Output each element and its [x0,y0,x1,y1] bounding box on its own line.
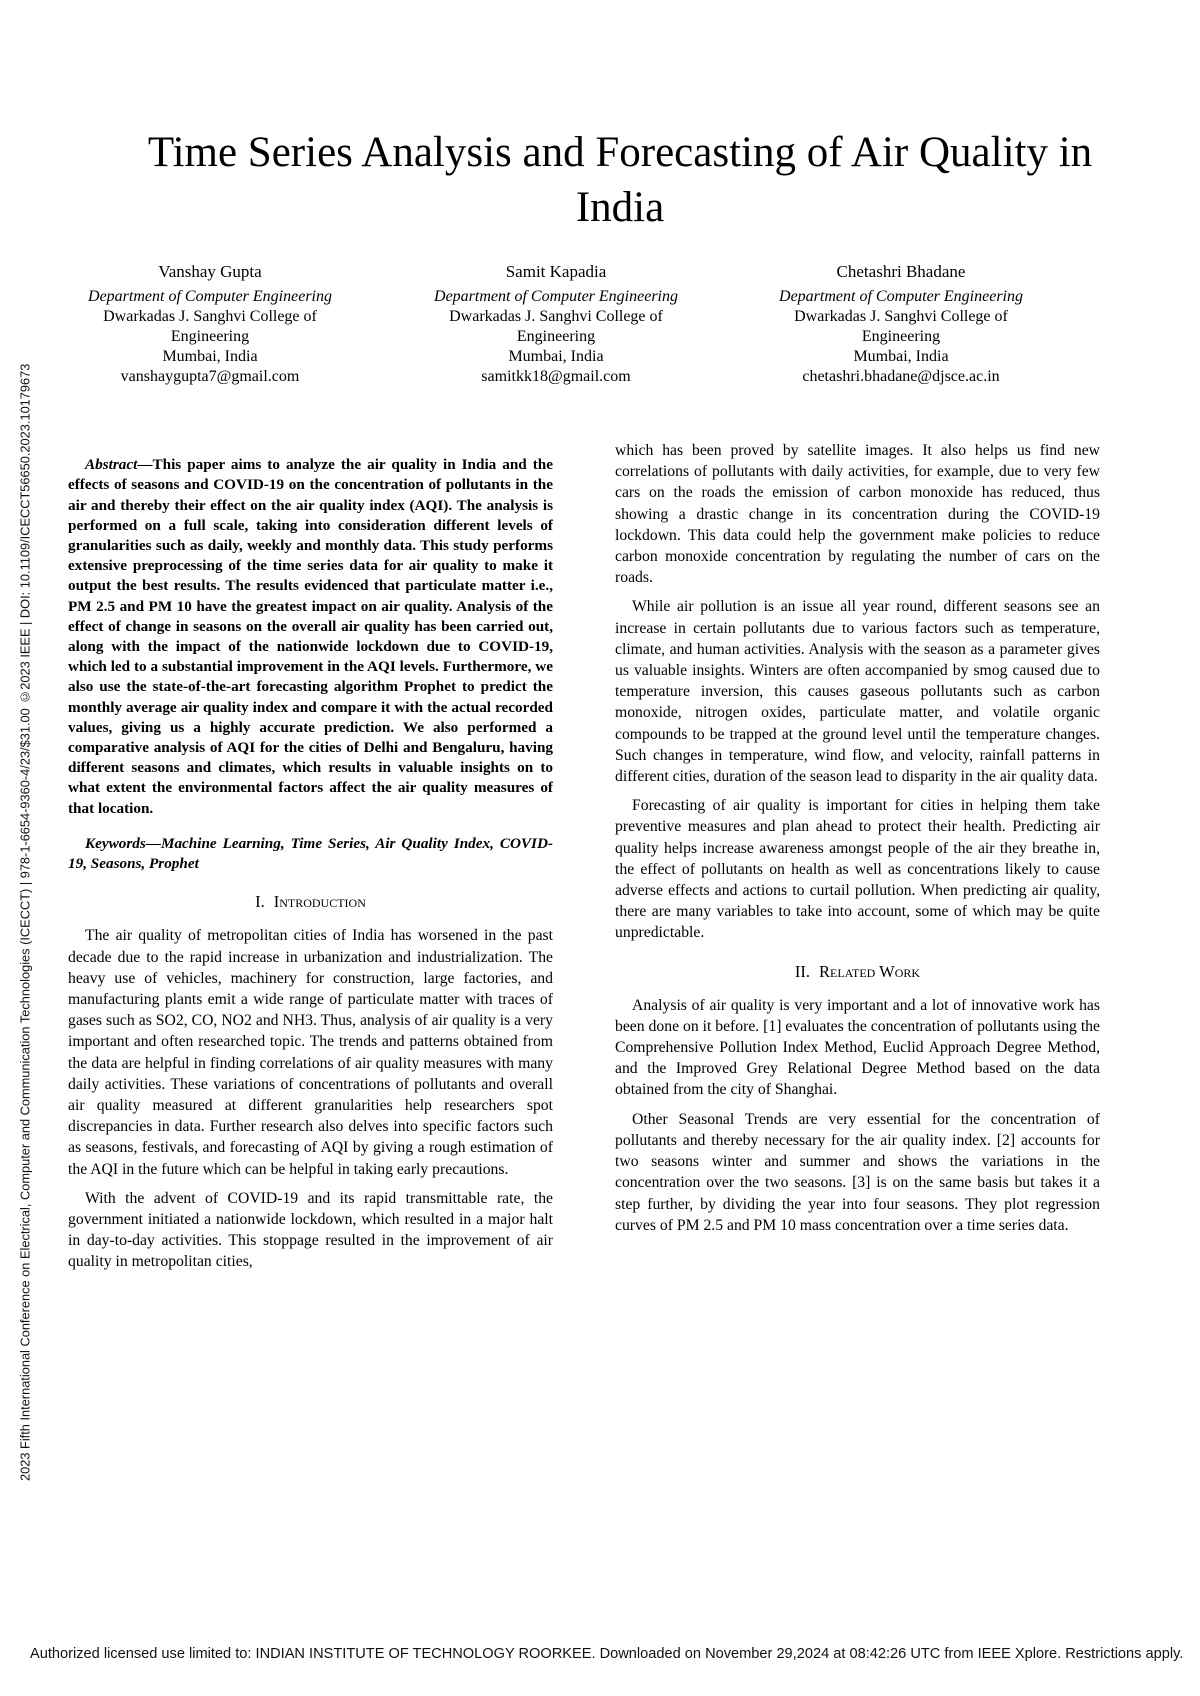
author-email: chetashri.bhadane@djsce.ac.in [769,367,1033,387]
related-work-paragraph-2: Other Seasonal Trends are very essential… [615,1109,1100,1236]
abstract-text: —This paper aims to analyze the air qual… [68,456,553,816]
forecasting-paragraph: Forecasting of air quality is important … [615,795,1100,943]
section-heading-introduction: I.Introduction [68,892,553,912]
right-column: which has been proved by satellite image… [615,440,1100,1281]
section-title: Related Work [819,962,920,981]
author-college: Dwarkadas J. Sanghvi College of Engineer… [424,307,688,347]
abstract-label: Abstract [85,456,137,473]
author-department: Department of Computer Engineering [424,287,688,307]
intro-continuation-paragraph: which has been proved by satellite image… [615,440,1100,588]
section-number: I. [255,892,265,911]
abstract-paragraph: Abstract—This paper aims to analyze the … [68,455,553,819]
author-name: Vanshay Gupta [78,262,342,282]
author-name: Samit Kapadia [424,262,688,282]
author-college: Dwarkadas J. Sanghvi College of Engineer… [769,307,1033,347]
keywords-paragraph: Keywords—Machine Learning, Time Series, … [68,834,553,874]
author-block: Chetashri Bhadane Department of Computer… [769,262,1033,387]
section-number: II. [795,962,810,981]
body-columns: Abstract—This paper aims to analyze the … [68,440,1100,1281]
author-block: Vanshay Gupta Department of Computer Eng… [78,262,342,387]
paper-title: Time Series Analysis and Forecasting of … [100,125,1140,235]
intro-paragraph-2: With the advent of COVID-19 and its rapi… [68,1188,553,1273]
seasons-paragraph: While air pollution is an issue all year… [615,596,1100,787]
intro-paragraph-1: The air quality of metropolitan cities o… [68,925,553,1179]
paper-page: 2023 Fifth International Conference on E… [0,0,1200,1696]
related-work-paragraph-1: Analysis of air quality is very importan… [615,995,1100,1101]
author-department: Department of Computer Engineering [78,287,342,307]
author-location: Mumbai, India [424,347,688,367]
author-email: vanshaygupta7@gmail.com [78,367,342,387]
author-department: Department of Computer Engineering [769,287,1033,307]
section-title: Introduction [274,892,366,911]
license-footer: Authorized licensed use limited to: INDI… [30,1646,1172,1662]
author-block-row: Vanshay Gupta Department of Computer Eng… [0,262,1200,442]
left-column: Abstract—This paper aims to analyze the … [68,440,553,1281]
author-college: Dwarkadas J. Sanghvi College of Engineer… [78,307,342,347]
author-name: Chetashri Bhadane [769,262,1033,282]
author-block: Samit Kapadia Department of Computer Eng… [424,262,688,387]
ieee-copyright-sidebar: 2023 Fifth International Conference on E… [12,265,38,1580]
section-heading-related-work: II.Related Work [615,962,1100,982]
author-location: Mumbai, India [769,347,1033,367]
author-email: samitkk18@gmail.com [424,367,688,387]
keywords-label: Keywords [85,835,146,852]
author-location: Mumbai, India [78,347,342,367]
